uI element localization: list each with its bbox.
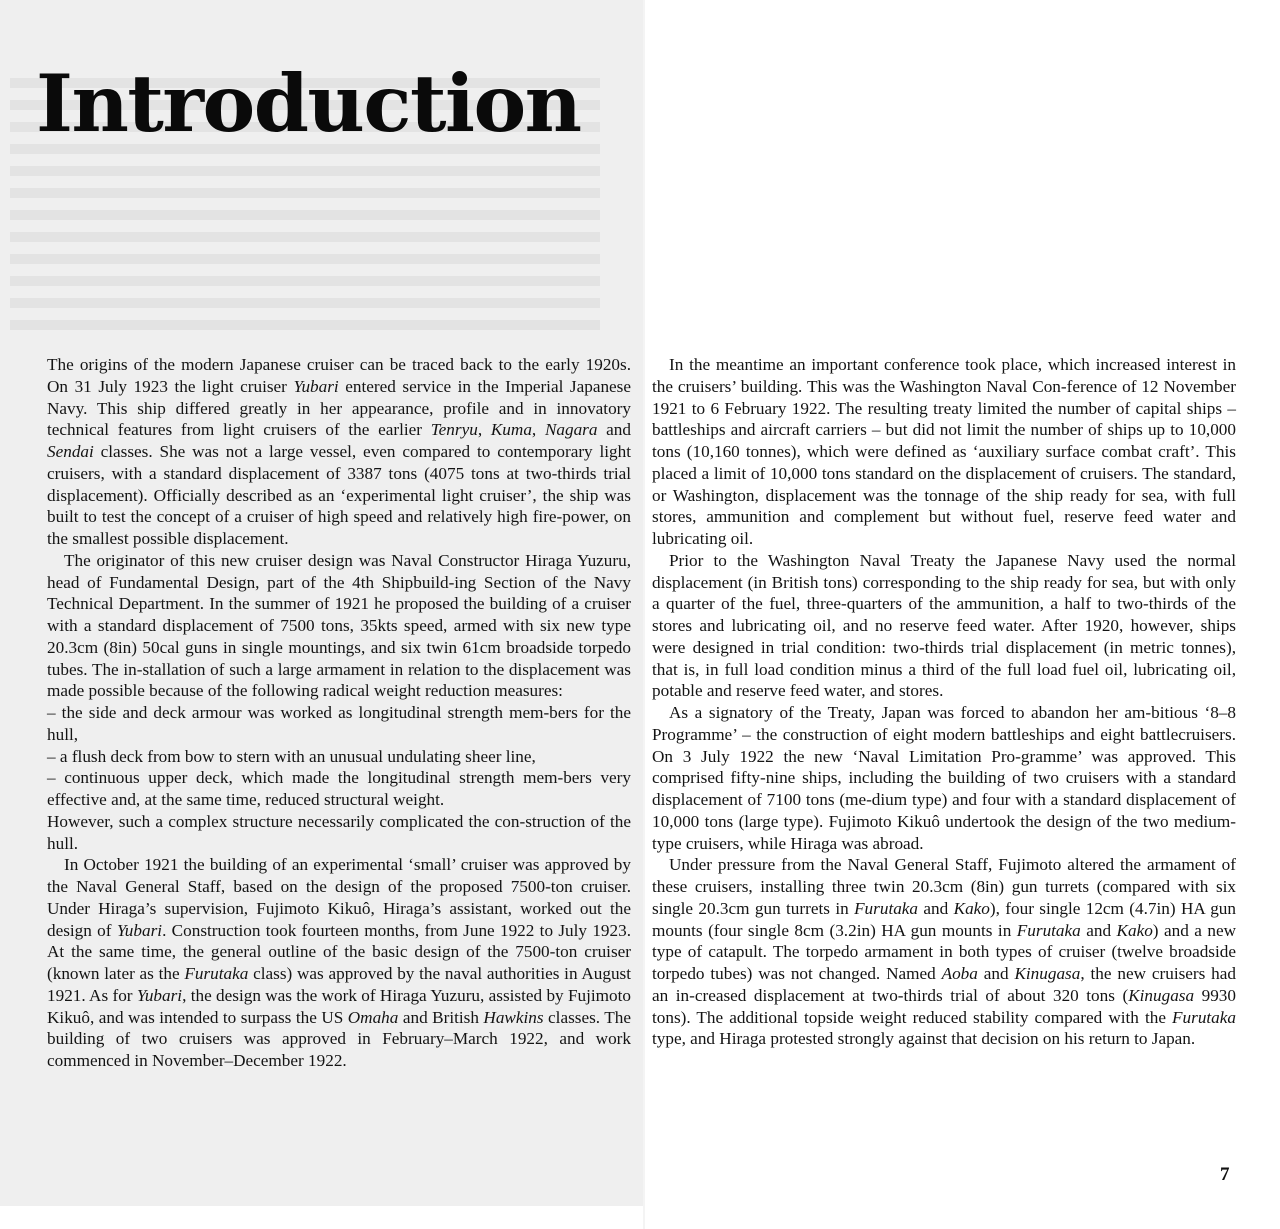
text-run: and (1081, 921, 1117, 940)
paragraph-however: However, such a complex structure necess… (47, 811, 631, 855)
list-item: – continuous upper deck, which made the … (47, 767, 631, 811)
page-number: 7 (1220, 1164, 1230, 1186)
ship-name: Kako (954, 899, 990, 918)
right-text-column: In the meantime an important conference … (652, 354, 1236, 1050)
paragraph-october-1921: In October 1921 the building of an exper… (47, 854, 631, 1072)
ship-name: Hawkins (483, 1008, 543, 1027)
ship-name: Yubari (137, 986, 182, 1005)
chapter-title: Introduction (36, 64, 581, 143)
paragraph-signatory: As a signatory of the Treaty, Japan was … (652, 702, 1236, 854)
text-run: type, and Hiraga protested strongly agai… (652, 1029, 1195, 1048)
list-item: – a flush deck from bow to stern with an… (47, 746, 631, 768)
ship-name: Kako (1117, 921, 1153, 940)
text-run: and (978, 964, 1015, 983)
text-run: and British (398, 1008, 483, 1027)
ship-name: Kinugasa (1128, 986, 1194, 1005)
text-run: and (597, 420, 631, 439)
left-text-column: The origins of the modern Japanese cruis… (47, 354, 631, 1072)
list-item: – the side and deck armour was worked as… (47, 702, 631, 746)
paragraph-under-pressure: Under pressure from the Naval General St… (652, 854, 1236, 1050)
ship-name: Furutaka (854, 899, 918, 918)
paragraph-displacement: Prior to the Washington Naval Treaty the… (652, 550, 1236, 702)
ship-name: Aoba (942, 964, 978, 983)
ship-name: Omaha (348, 1008, 399, 1027)
ship-name: Sendai (47, 442, 94, 461)
paragraph-originator: The originator of this new cruiser desig… (47, 550, 631, 702)
text-run: and (918, 899, 954, 918)
ship-name: Nagara (545, 420, 598, 439)
text-run: , (478, 420, 491, 439)
ship-name: Kinugasa (1014, 964, 1080, 983)
ship-name: Furutaka (1017, 921, 1081, 940)
ship-name: Kuma (491, 420, 532, 439)
text-run: , (532, 420, 545, 439)
paragraph-washington-conference: In the meantime an important conference … (652, 354, 1236, 550)
ship-name: Yubari (293, 377, 338, 396)
ship-name: Tenryu (431, 420, 478, 439)
paragraph-origins: The origins of the modern Japanese cruis… (47, 354, 631, 550)
ship-name: Furutaka (1172, 1008, 1236, 1027)
text-run: classes. She was not a large vessel, eve… (47, 442, 631, 548)
ship-name: Yubari (117, 921, 162, 940)
ship-name: Furutaka (184, 964, 248, 983)
